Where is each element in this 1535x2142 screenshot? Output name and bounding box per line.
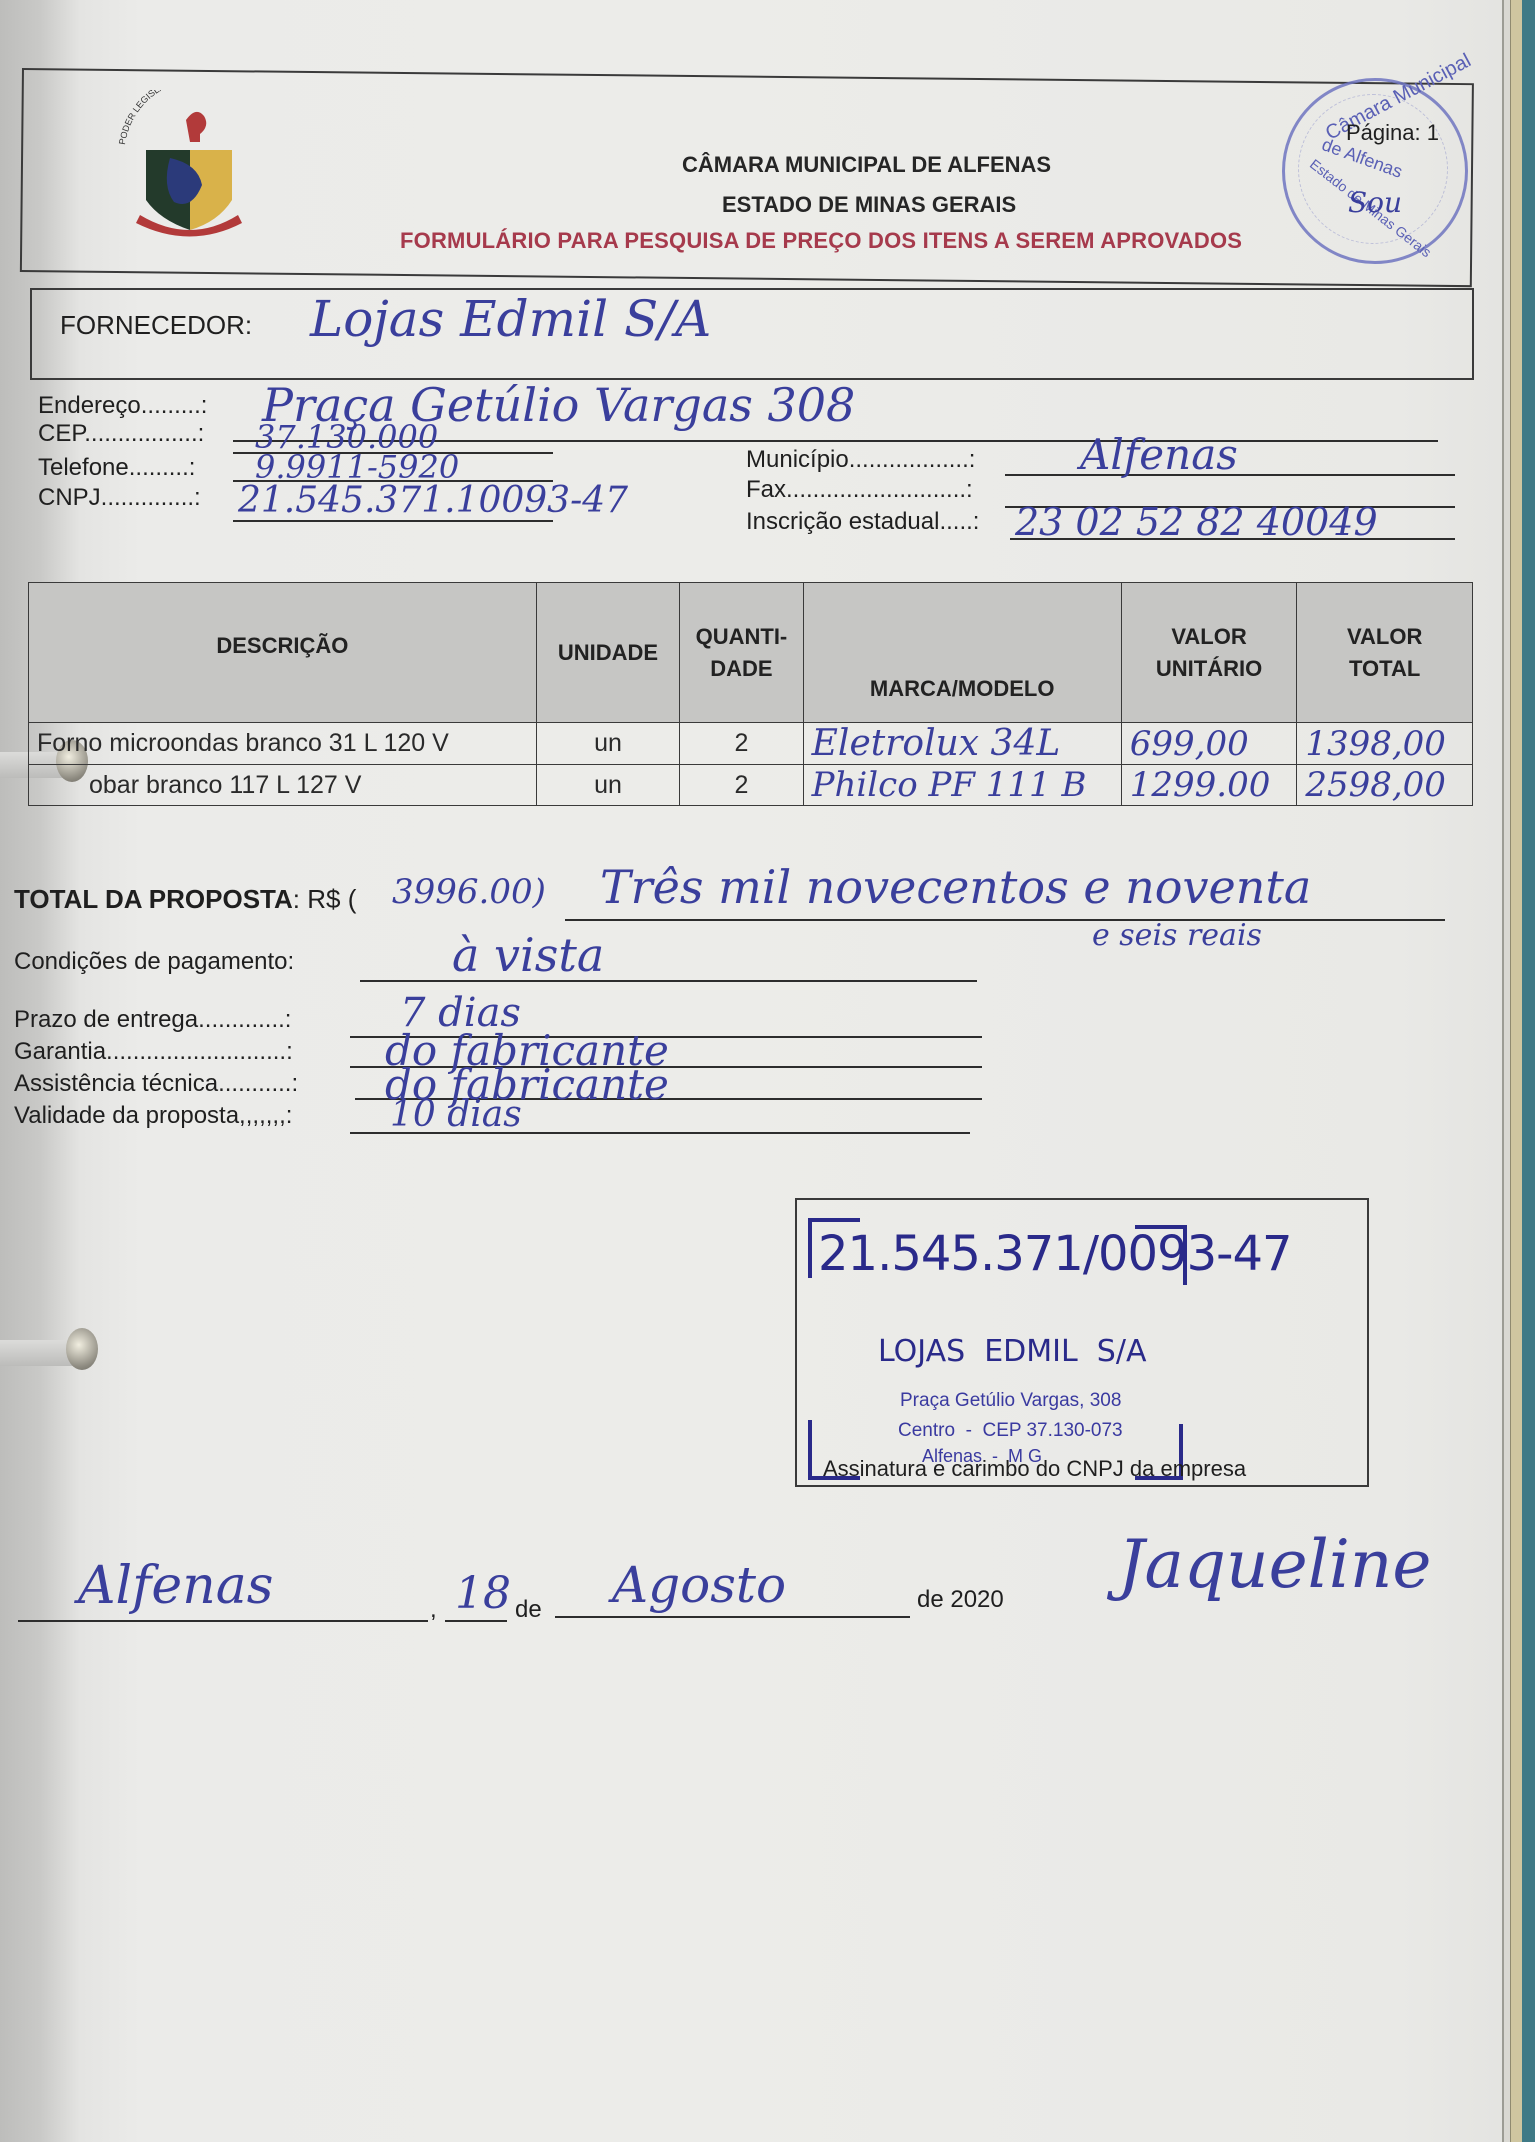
supplier-label: FORNECEDOR: xyxy=(60,310,252,341)
col-header-unit-price-line1: VALOR xyxy=(1171,624,1246,649)
logo-caption: PODER LEGISLATIVO MUNICIPAL xyxy=(117,90,237,145)
validity-label: Validade da proposta,,,,,,,: xyxy=(14,1102,292,1130)
stamp-cnpj: 21.545.371/0093-47 xyxy=(818,1226,1292,1282)
supplier-value: Lojas Edmil S/A xyxy=(310,290,711,348)
payment-label: Condições de pagamento: xyxy=(14,948,294,976)
col-header-quantity-line1: QUANTI- xyxy=(696,624,788,649)
cell-total-price: 2598,00 xyxy=(1297,765,1473,806)
col-header-total-price-line2: TOTAL xyxy=(1349,656,1420,681)
col-header-brand-model: MARCA/MODELO xyxy=(803,583,1121,723)
stamp-address-line2: Centro - CEP 37.130-073 xyxy=(898,1420,1123,1442)
cell-brand-model: Eletrolux 34L xyxy=(803,723,1121,765)
col-header-quantity: QUANTI- DADE xyxy=(680,583,803,723)
col-header-total-price: VALOR TOTAL xyxy=(1297,583,1473,723)
stamp-company-name: LOJAS EDMIL S/A xyxy=(878,1334,1146,1369)
col-header-unit-price: VALOR UNITÁRIO xyxy=(1121,583,1297,723)
date-day: 18 xyxy=(455,1568,511,1619)
state-registration-label: Inscrição estadual.....: xyxy=(746,508,979,536)
date-comma: , xyxy=(430,1596,437,1624)
signature: Jaqueline xyxy=(1118,1526,1431,1603)
header-title-line2: ESTADO DE MINAS GERAIS xyxy=(722,192,1016,218)
col-header-quantity-line2: DADE xyxy=(710,656,772,681)
total-words-line2: e seis reais xyxy=(1092,918,1262,953)
cell-description: Forno microondas branco 31 L 120 V xyxy=(29,723,537,765)
cell-unit-price: 699,00 xyxy=(1121,723,1297,765)
cell-description: obar branco 117 L 127 V xyxy=(29,765,537,806)
cell-unit: un xyxy=(536,765,679,806)
total-label: TOTAL DA PROPOSTA: R$ ( xyxy=(14,884,356,915)
coat-of-arms-logo: PODER LEGISLATIVO MUNICIPAL xyxy=(110,90,280,240)
seal-initials: Sou xyxy=(1348,186,1402,219)
total-value: 3996.00) xyxy=(392,872,546,912)
page-number: Página: 1 xyxy=(1346,120,1439,146)
cell-quantity: 2 xyxy=(680,765,803,806)
punch-hole xyxy=(66,1328,98,1370)
payment-value: à vista xyxy=(452,928,604,982)
cell-unit: un xyxy=(536,723,679,765)
items-table: DESCRIÇÃO UNIDADE QUANTI- DADE MARCA/MOD… xyxy=(28,582,1473,806)
validity-value: 10 dias xyxy=(390,1094,522,1135)
stamp-caption: Assinatura e carimbo do CNPJ da empresa xyxy=(823,1456,1246,1482)
date-de: de xyxy=(515,1596,542,1624)
month-line xyxy=(555,1616,910,1618)
city-line xyxy=(18,1620,428,1622)
municipality-value: Alfenas xyxy=(1080,430,1238,479)
delivery-label: Prazo de entrega.............: xyxy=(14,1006,291,1034)
cell-quantity: 2 xyxy=(680,723,803,765)
total-words-line1: Três mil novecentos e noventa xyxy=(600,860,1311,914)
cell-brand-model: Philco PF 111 B xyxy=(803,765,1121,806)
form-title: FORMULÁRIO PARA PESQUISA DE PREÇO DOS IT… xyxy=(400,228,1242,254)
cell-total-price: 1398,00 xyxy=(1297,723,1473,765)
total-words-line xyxy=(565,919,1445,921)
address-label: Endereço.........: xyxy=(38,392,207,420)
total-currency: : R$ ( xyxy=(293,884,357,914)
date-month: Agosto xyxy=(612,1556,786,1614)
cep-label: CEP.................: xyxy=(38,420,204,448)
folder-cover-edge xyxy=(1522,0,1535,2142)
day-line xyxy=(445,1620,507,1622)
municipality-label: Município..................: xyxy=(746,446,975,474)
col-header-unit: UNIDADE xyxy=(536,583,679,723)
header-title-line1: CÂMARA MUNICIPAL DE ALFENAS xyxy=(682,152,1051,178)
stamp-address-line1: Praça Getúlio Vargas, 308 xyxy=(900,1390,1121,1412)
state-registration-value: 23 02 52 82 40049 xyxy=(1015,500,1378,544)
tech-support-label: Assistência técnica...........: xyxy=(14,1070,298,1098)
cnpj-value: 21.545.371.10093-47 xyxy=(238,480,628,521)
col-header-description: DESCRIÇÃO xyxy=(29,583,537,723)
table-row: obar branco 117 L 127 V un 2 Philco PF 1… xyxy=(29,765,1473,806)
col-header-total-price-line1: VALOR xyxy=(1347,624,1422,649)
date-city: Alfenas xyxy=(78,1556,273,1616)
total-label-text: TOTAL DA PROPOSTA xyxy=(14,884,293,914)
table-row: Forno microondas branco 31 L 120 V un 2 … xyxy=(29,723,1473,765)
svg-text:PODER LEGISLATIVO MUNICIPAL: PODER LEGISLATIVO MUNICIPAL xyxy=(117,90,237,145)
warranty-label: Garantia...........................: xyxy=(14,1038,293,1066)
fax-label: Fax...........................: xyxy=(746,476,973,504)
col-header-unit-price-line2: UNITÁRIO xyxy=(1156,656,1262,681)
date-year: de 2020 xyxy=(917,1586,1004,1614)
phone-label: Telefone.........: xyxy=(38,454,195,482)
cnpj-label: CNPJ..............: xyxy=(38,484,201,512)
cell-unit-price: 1299.00 xyxy=(1121,765,1297,806)
